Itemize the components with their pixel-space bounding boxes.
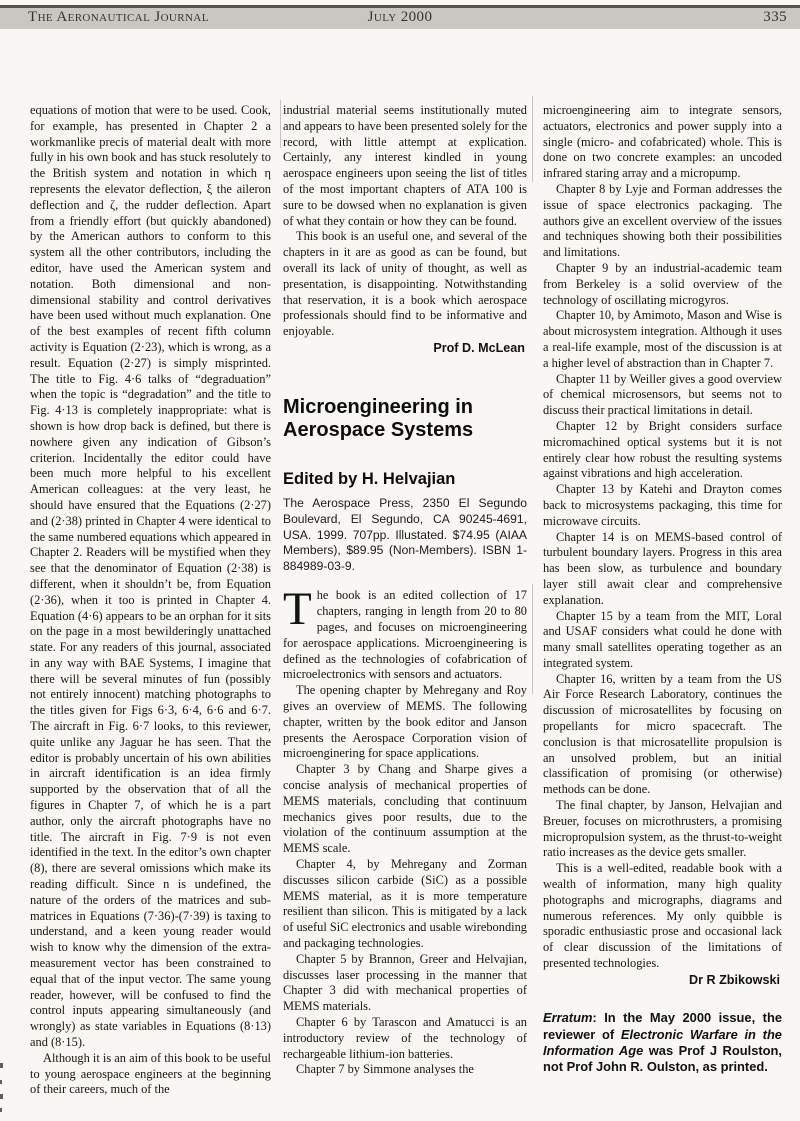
book-editor: Edited by H. Helvajian bbox=[283, 470, 527, 489]
review-paragraph: microengineering aim to integrate sensor… bbox=[543, 103, 782, 182]
scan-fold-artifact bbox=[532, 584, 533, 694]
scan-mark-artifact bbox=[0, 1080, 2, 1084]
scan-fold-artifact bbox=[280, 100, 281, 148]
review-paragraph: equations of motion that were to be used… bbox=[30, 103, 271, 1051]
review-paragraph: This book is an useful one, and several … bbox=[283, 229, 527, 340]
reviewer-byline: Dr R Zbikowski bbox=[543, 972, 782, 989]
page-number: 335 bbox=[763, 9, 787, 26]
journal-title: The Aeronautical Journal bbox=[28, 9, 209, 26]
review-paragraph: Chapter 13 by Katehi and Drayton comes b… bbox=[543, 482, 782, 529]
issue-date: July 2000 bbox=[368, 9, 433, 26]
review-paragraph: Chapter 15 by a team from the MIT, Loral… bbox=[543, 609, 782, 672]
scan-mark-artifact bbox=[0, 1063, 3, 1068]
review-paragraph: Although it is an aim of this book to be… bbox=[30, 1051, 271, 1098]
review-paragraph: The opening chapter by Mehregany and Roy… bbox=[283, 683, 527, 762]
review-paragraph: Chapter 6 by Tarascon and Amatucci is an… bbox=[283, 1015, 527, 1062]
review-paragraph: Chapter 11 by Weiller gives a good overv… bbox=[543, 372, 782, 419]
column-2: industrial material seems institutionall… bbox=[283, 103, 527, 1098]
column-1: equations of motion that were to be used… bbox=[30, 103, 271, 1098]
column-3: microengineering aim to integrate sensor… bbox=[543, 103, 782, 1098]
review-paragraph: industrial material seems institutionall… bbox=[283, 103, 527, 229]
review-paragraph: Chapter 7 by Simmone analyses the bbox=[283, 1062, 527, 1078]
review-paragraph: Chapter 9 by an industrial-academic team… bbox=[543, 261, 782, 308]
review-paragraph: Chapter 3 by Chang and Sharpe gives a co… bbox=[283, 762, 527, 857]
review-paragraph: Chapter 5 by Brannon, Greer and Helvajia… bbox=[283, 952, 527, 1015]
journal-page: { "header": { "journal_title": "The Aero… bbox=[0, 0, 800, 1121]
publication-info: The Aerospace Press, 2350 El Segundo Bou… bbox=[283, 496, 527, 574]
scan-fold-artifact bbox=[532, 96, 533, 182]
review-paragraph: This is a well-edited, readable book wit… bbox=[543, 861, 782, 972]
review-paragraph: The book is an edited collection of 17 c… bbox=[283, 588, 527, 683]
review-paragraph: Chapter 10, by Amimoto, Mason and Wise i… bbox=[543, 308, 782, 371]
review-paragraph: The final chapter, by Janson, Helvajian … bbox=[543, 798, 782, 861]
scan-mark-artifact bbox=[0, 1108, 2, 1112]
reviewer-byline: Prof D. McLean bbox=[283, 340, 527, 357]
book-title: Microengineering in Aerospace Systems bbox=[283, 396, 527, 442]
erratum-italic-run: Erratum bbox=[543, 1010, 592, 1025]
text-columns: equations of motion that were to be used… bbox=[30, 103, 782, 1098]
review-paragraph: Chapter 8 by Lyje and Forman addresses t… bbox=[543, 182, 782, 261]
dropcap-letter: T bbox=[283, 588, 317, 628]
review-paragraph: Chapter 12 by Bright considers surface m… bbox=[543, 419, 782, 482]
erratum-note: Erratum: In the May 2000 issue, the revi… bbox=[543, 1010, 782, 1075]
review-paragraph: Chapter 4, by Mehregany and Zorman discu… bbox=[283, 857, 527, 952]
scan-mark-artifact bbox=[0, 1094, 3, 1099]
review-paragraph: Chapter 14 is on MEMS-based control of t… bbox=[543, 530, 782, 609]
review-paragraph: Chapter 16, written by a team from the U… bbox=[543, 672, 782, 798]
